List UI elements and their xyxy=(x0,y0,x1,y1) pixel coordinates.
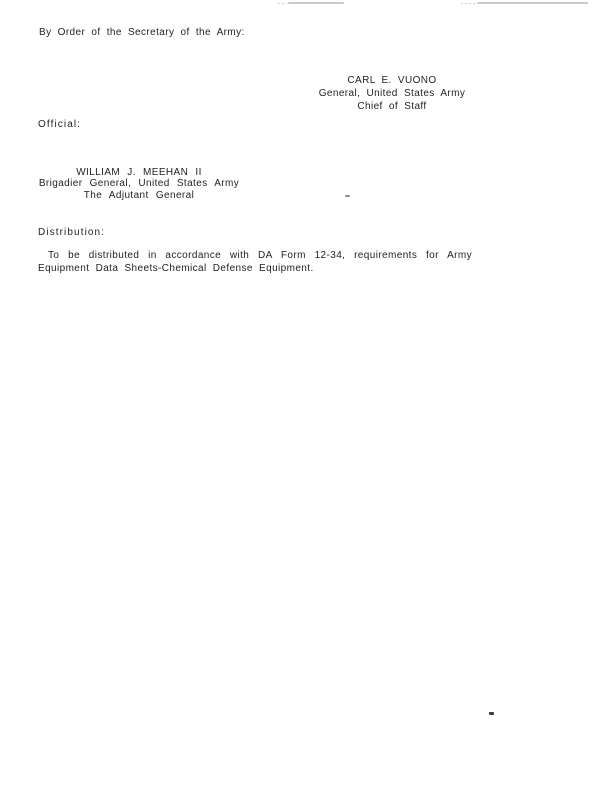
scan-artifact-dash xyxy=(345,195,350,197)
official-label: Official: xyxy=(38,119,81,130)
distribution-paragraph: To be distributed in accordance with DA … xyxy=(38,250,472,275)
signature-block-chief-of-staff: CARL E. VUONO General, United States Arm… xyxy=(278,74,506,114)
signatory-name: CARL E. VUONO xyxy=(278,74,506,87)
scan-artifact-line-right xyxy=(477,2,588,4)
distribution-text-line1: To be distributed in accordance with DA … xyxy=(38,250,472,263)
scan-artifact-dots-right xyxy=(461,3,476,4)
scan-artifact-dot xyxy=(489,712,494,715)
distribution-text-line2: Equipment Data Sheets-Chemical Defense E… xyxy=(38,263,472,276)
signatory-title: General, United States Army xyxy=(278,87,506,100)
distribution-label: Distribution: xyxy=(38,227,105,238)
order-line: By Order of the Secretary of the Army: xyxy=(39,27,245,38)
signatory-role: Chief of Staff xyxy=(278,100,506,113)
signature-block-adjutant-general: WILLIAM J. MEEHAN II Brigadier General, … xyxy=(30,167,248,201)
official-role: The Adjutant General xyxy=(30,190,248,201)
official-name: WILLIAM J. MEEHAN II xyxy=(30,167,248,178)
document-page: By Order of the Secretary of the Army: C… xyxy=(0,0,612,792)
scan-artifact-line-left xyxy=(288,2,344,4)
official-title: Brigadier General, United States Army xyxy=(30,178,248,189)
scan-artifact-dots-left xyxy=(278,3,287,4)
